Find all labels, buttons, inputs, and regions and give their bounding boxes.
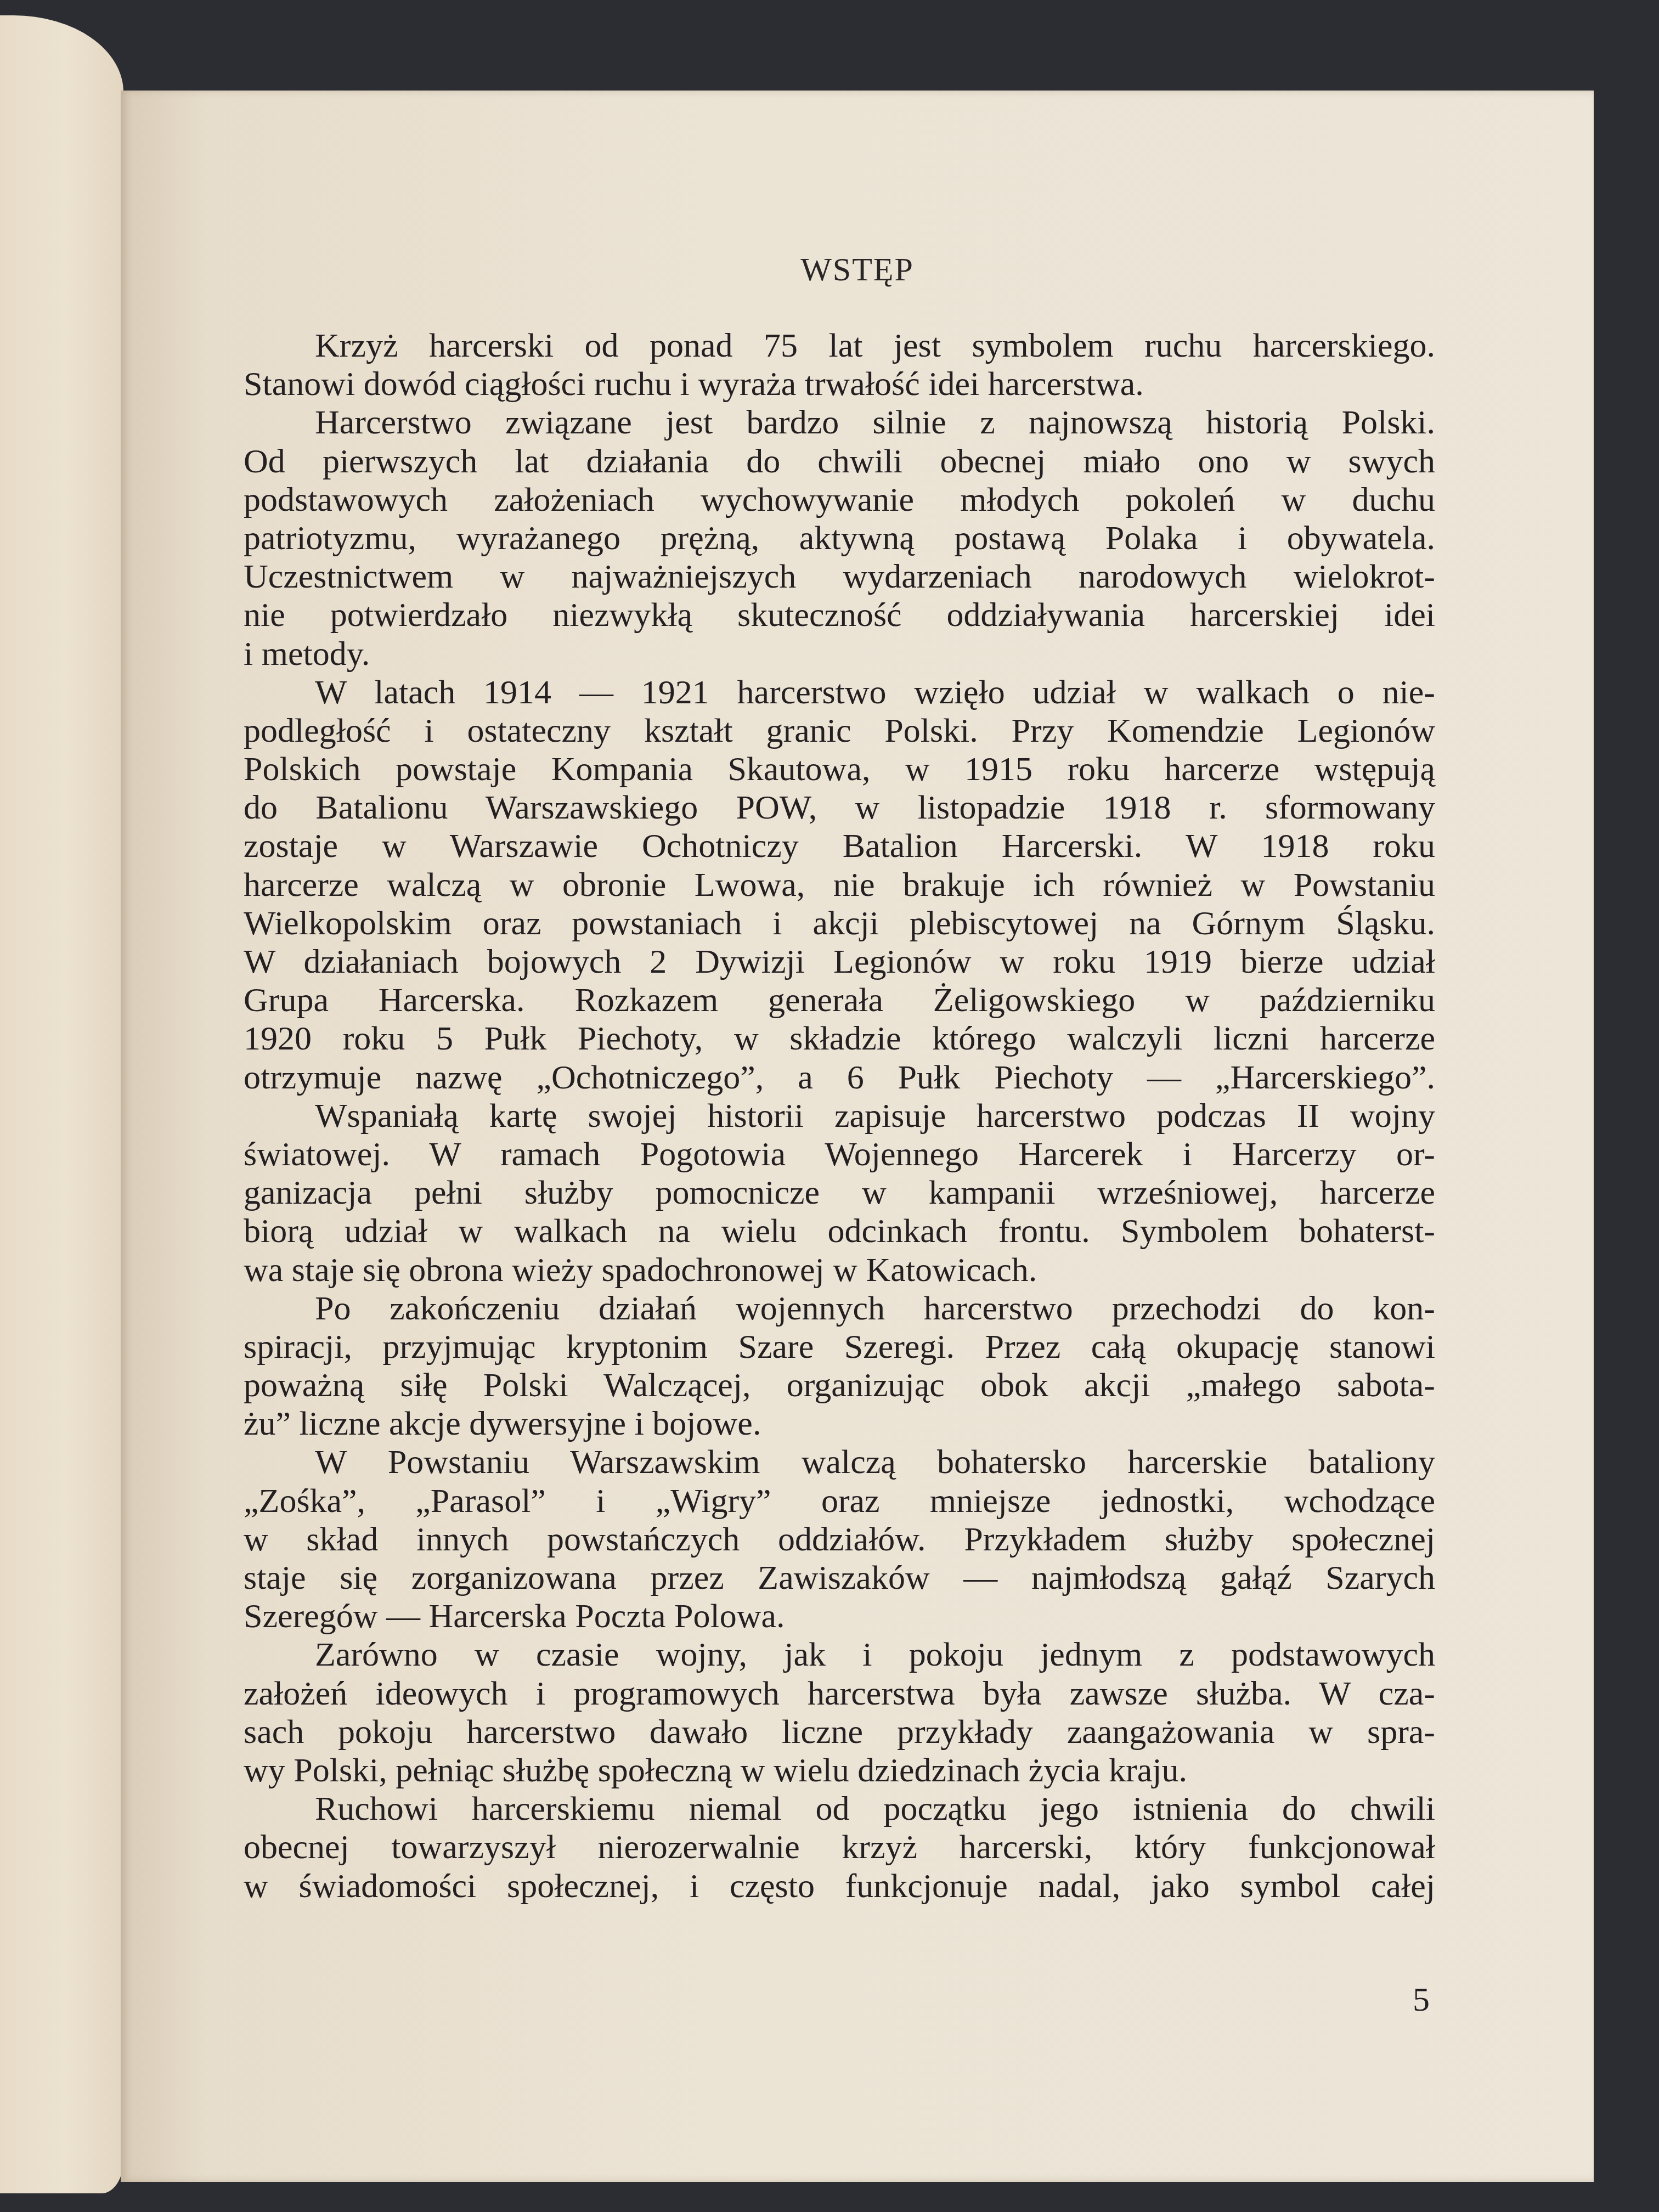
text-line: harcerze walczą w obronie Lwowa, nie bra… [244, 866, 1435, 904]
text-line: Harcerstwo związane jest bardzo silnie z… [244, 403, 1435, 442]
page-title: WSTĘP [121, 251, 1594, 289]
text-line: W działaniach bojowych 2 Dywizji Legionó… [244, 943, 1435, 981]
text-line: i metody. [244, 635, 1435, 673]
book-page: WSTĘP Krzyż harcerski od ponad 75 lat je… [121, 91, 1594, 2182]
text-line: Uczestnictwem w najważniejszych wydarzen… [244, 557, 1435, 596]
text-line: Polskich powstaje Kompania Skautowa, w 1… [244, 750, 1435, 788]
text-line: Wielkopolskim oraz powstaniach i akcji p… [244, 904, 1435, 943]
text-line: 1920 roku 5 Pułk Piechoty, w składzie kt… [244, 1019, 1435, 1058]
text-line: światowej. W ramach Pogotowia Wojennego … [244, 1135, 1435, 1173]
text-line: Szeregów — Harcerska Poczta Polowa. [244, 1597, 1435, 1635]
text-line: Od pierwszych lat działania do chwili ob… [244, 442, 1435, 481]
text-line: Wspaniałą kartę swojej historii zapisuje… [244, 1097, 1435, 1135]
text-line: otrzymuje nazwę „Ochotniczego”, a 6 Pułk… [244, 1058, 1435, 1097]
text-line: Stanowi dowód ciągłości ruchu i wyraża t… [244, 365, 1435, 403]
text-line: w skład innych powstańczych oddziałów. P… [244, 1520, 1435, 1559]
text-line: Ruchowi harcerskiemu niemal od początku … [244, 1790, 1435, 1828]
text-line: biorą udział w walkach na wielu odcinkac… [244, 1212, 1435, 1250]
text-line: żu” liczne akcje dywersyjne i bojowe. [244, 1404, 1435, 1443]
text-line: Krzyż harcerski od ponad 75 lat jest sym… [244, 326, 1435, 365]
text-line: W latach 1914 — 1921 harcerstwo wzięło u… [244, 673, 1435, 712]
text-line: ganizacja pełni służby pomocnicze w kamp… [244, 1173, 1435, 1212]
text-line: sach pokoju harcerstwo dawało liczne prz… [244, 1713, 1435, 1751]
page-number: 5 [1413, 1980, 1430, 2019]
text-line: W Powstaniu Warszawskim walczą bohatersk… [244, 1443, 1435, 1481]
text-line: Zarówno w czasie wojny, jak i pokoju jed… [244, 1635, 1435, 1674]
facing-page-edge [0, 15, 123, 2193]
text-line: Po zakończeniu działań wojennych harcers… [244, 1289, 1435, 1328]
body-text: Krzyż harcerski od ponad 75 lat jest sym… [244, 326, 1435, 1905]
text-line: nie potwierdzało niezwykłą skuteczność o… [244, 596, 1435, 634]
text-line: w świadomości społecznej, i często funkc… [244, 1867, 1435, 1905]
text-line: do Batalionu Warszawskiego POW, w listop… [244, 788, 1435, 827]
text-line: wa staje się obrona wieży spadochronowej… [244, 1251, 1435, 1289]
text-line: spiracji, przyjmując kryptonim Szare Sze… [244, 1328, 1435, 1366]
text-line: Grupa Harcerska. Rozkazem generała Żelig… [244, 981, 1435, 1019]
text-line: obecnej towarzyszył nierozerwalnie krzyż… [244, 1828, 1435, 1866]
text-line: wy Polski, pełniąc służbę społeczną w wi… [244, 1751, 1435, 1790]
text-line: poważną siłę Polski Walczącej, organizuj… [244, 1366, 1435, 1404]
text-line: staje się zorganizowana przez Zawiszaków… [244, 1559, 1435, 1597]
text-line: założeń ideowych i programowych harcerst… [244, 1674, 1435, 1713]
text-line: podległość i ostateczny kształt granic P… [244, 712, 1435, 750]
text-line: „Zośka”, „Parasol” i „Wigry” oraz mniejs… [244, 1482, 1435, 1520]
text-line: zostaje w Warszawie Ochotniczy Batalion … [244, 827, 1435, 865]
text-line: patriotyzmu, wyrażanego prężną, aktywną … [244, 519, 1435, 557]
text-line: podstawowych założeniach wychowywanie mł… [244, 481, 1435, 519]
